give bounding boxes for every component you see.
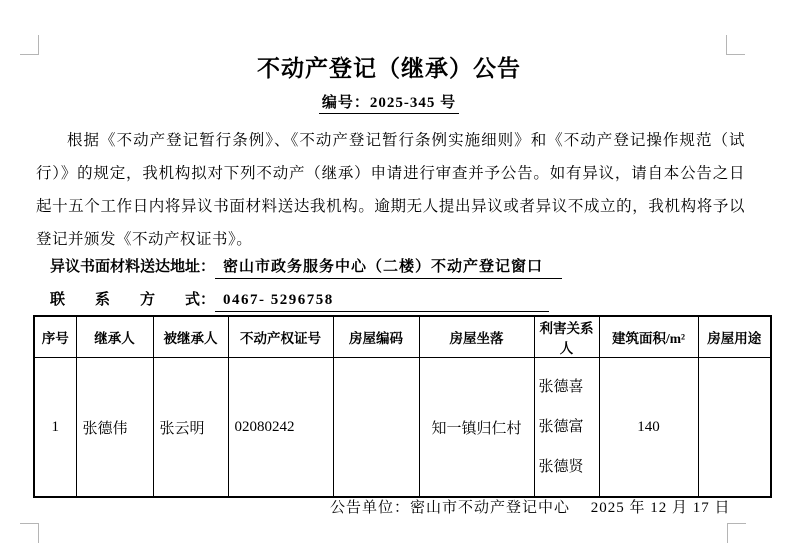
- header-stakeholders: 利害关系人: [534, 316, 599, 358]
- announcement-table: 序号 继承人 被继承人 不动产权证号 房屋编码 房屋坐落 利害关系人 建筑面积/…: [33, 315, 772, 498]
- cell-heir: 张德伟: [76, 358, 153, 498]
- doc-number-line: 编号：2025-345 号: [33, 91, 745, 112]
- stakeholder-name: 张德贤: [535, 447, 599, 487]
- header-certificate-no: 不动产权证号: [228, 316, 333, 358]
- cell-house-code: [333, 358, 419, 498]
- address-value: 密山市政务服务中心（二楼）不动产登记窗口: [215, 255, 562, 279]
- crop-mark-bottom-right: [727, 523, 746, 543]
- contact-colon: ：: [200, 292, 215, 308]
- cell-decedent: 张云明: [153, 358, 228, 498]
- header-seq: 序号: [34, 316, 76, 358]
- doc-number: 编号：2025-345 号: [319, 95, 459, 114]
- body-paragraph: 根据《不动产登记暂行条例》、《不动产登记暂行条例实施细则》和《不动产登记操作规范…: [36, 124, 745, 256]
- cell-seq: 1: [34, 358, 76, 498]
- header-heir: 继承人: [76, 316, 153, 358]
- header-house-usage: 房屋用途: [698, 316, 771, 358]
- cell-certificate-no: 02080242: [228, 358, 333, 498]
- header-house-location: 房屋坐落: [419, 316, 534, 358]
- address-line: 异议书面材料送达地址：密山市政务服务中心（二楼）不动产登记窗口: [50, 255, 562, 279]
- crop-mark-bottom-left: [20, 523, 39, 543]
- stakeholder-name: 张德喜: [535, 367, 599, 407]
- stakeholder-name: 张德富: [535, 407, 599, 447]
- table-row: 1 张德伟 张云明 02080242 知一镇归仁村 张德喜 张德富 张德贤 14…: [34, 358, 771, 498]
- header-decedent: 被继承人: [153, 316, 228, 358]
- contact-value: 0467- 5296758: [215, 292, 549, 312]
- cell-floor-area: 140: [599, 358, 698, 498]
- address-label: 异议书面材料送达地址：: [50, 259, 215, 275]
- document-page: { "page": { "title": "不动产登记（继承）公告", "doc…: [0, 0, 800, 546]
- contact-line: 联系方式：0467- 5296758: [50, 288, 549, 312]
- table-header-row: 序号 继承人 被继承人 不动产权证号 房屋编码 房屋坐落 利害关系人 建筑面积/…: [34, 316, 771, 358]
- cell-house-location: 知一镇归仁村: [419, 358, 534, 498]
- header-floor-area: 建筑面积/m²: [599, 316, 698, 358]
- contact-label: 联系方式: [50, 288, 200, 309]
- cell-stakeholders: 张德喜 张德富 张德贤: [534, 358, 599, 498]
- header-house-code: 房屋编码: [333, 316, 419, 358]
- footer-announcing-unit: 公告单位：密山市不动产登记中心 2025 年 12 月 17 日: [330, 496, 731, 517]
- cell-house-usage: [698, 358, 771, 498]
- page-title: 不动产登记（继承）公告: [33, 50, 745, 83]
